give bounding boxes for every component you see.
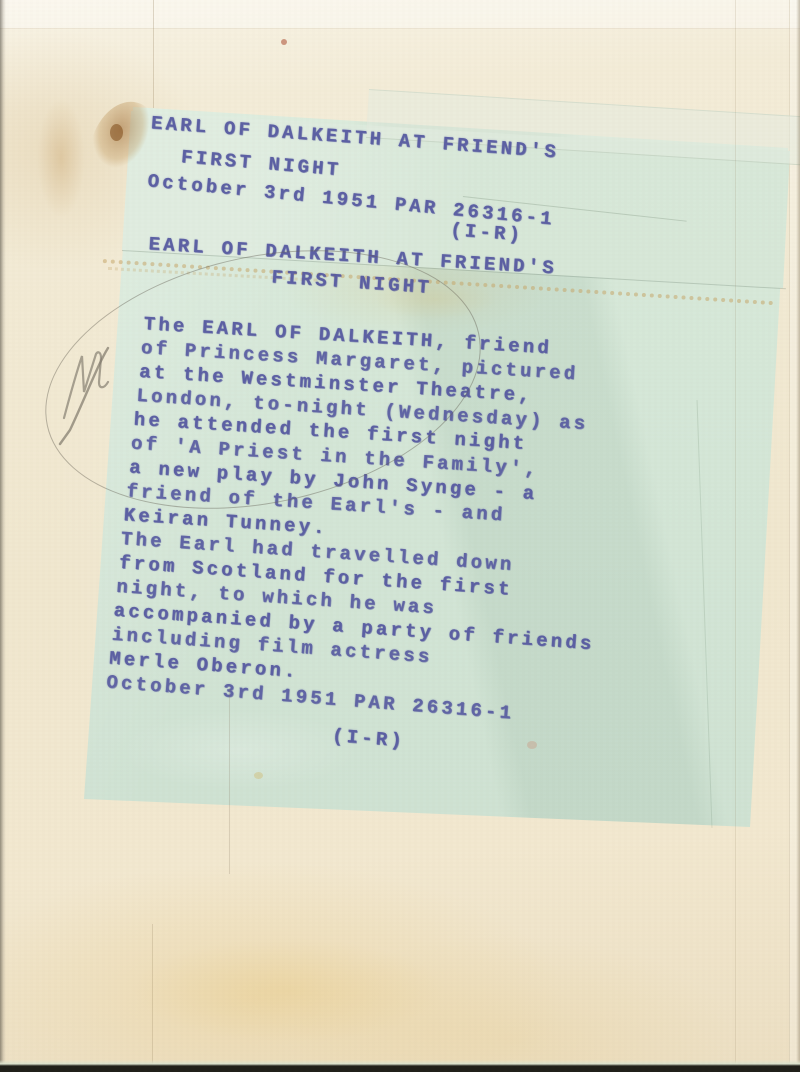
sheet-code-line: (I-R): [331, 724, 587, 767]
pencil-scribble: [44, 338, 120, 450]
photo-bottom-edge: [0, 1060, 800, 1072]
card-crease: [153, 0, 154, 108]
photo-right-edge: [796, 0, 800, 1072]
photo-card: EARL OF DALKEITH AT FRIEND'S FIRST NIGHT…: [0, 0, 800, 1072]
photo-left-edge: [0, 0, 6, 1072]
card-crease: [229, 688, 230, 874]
card-top-edge: [0, 0, 800, 29]
card-crease: [735, 0, 736, 1072]
card-crease: [152, 924, 153, 1072]
